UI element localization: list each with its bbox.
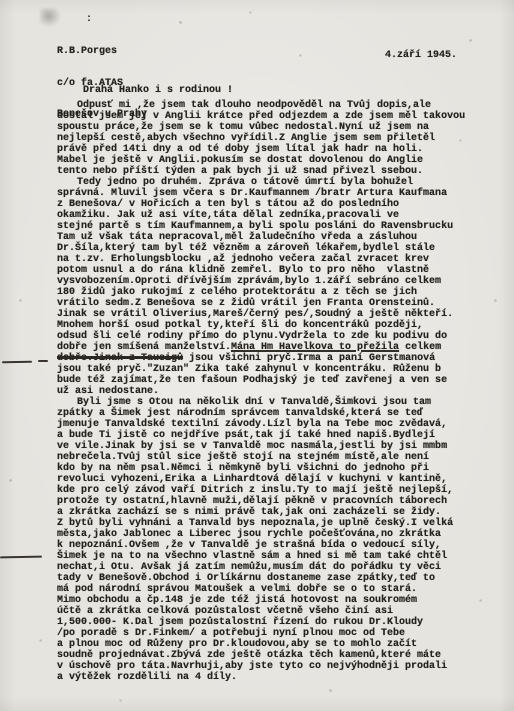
letter-line: tento nebo příští týden a pak bych ji už…: [57, 166, 507, 177]
letter-line: bude též zajímat,že ten fašoun Podhajský…: [57, 375, 507, 386]
letter-line: a zkrátka zachází se s nimi právě tak,ja…: [57, 507, 507, 518]
letter-line: Mabel je ještě v Anglii.pokusím se dosta…: [57, 155, 507, 166]
margin-pen-dash: [2, 361, 32, 364]
letter-line: a plnou moc od Růženy pro Dr.kloudovou,a…: [57, 639, 507, 650]
letter-line: vysvobozením.Oproti dřívějším zprávám,by…: [57, 276, 507, 287]
salutation: Drahá Hanko i s rodinou !: [83, 85, 233, 96]
letter-line: Šimek je na to na všechno vlastně sám a …: [57, 551, 507, 562]
letter-line: města,jako Jablonec a Liberec jsou rychl…: [57, 529, 507, 540]
letter-line: odsud šli celé rodiny přímo do plynu.Vyd…: [57, 331, 507, 342]
letter-line: nechat,i Otu. Avšak já zatím nemůžu,musí…: [57, 562, 507, 573]
letter-line: správná. Mluvil jsem včera s Dr.Kaufmann…: [57, 188, 507, 199]
letter-line: jsou také pryč."Zuzan" Zika také zahynul…: [57, 364, 507, 375]
letter-line: jmenuje Tanvaldské textilní závody.Lízl …: [57, 419, 507, 430]
letter-body: Odpusť mi ,že jsem tak dlouho neodpovědě…: [57, 100, 507, 683]
letter-line: 1,500.000- K.Dal jsem pozůstalostní říze…: [57, 617, 507, 628]
letter-line: má pod národní správou Matoušek a velmi …: [57, 584, 507, 595]
letter-line: dostal jsem jej v Anglii krátce před odj…: [57, 111, 507, 122]
letter-line: dobře.Jinak z Tausigů jsou všichni pryč.…: [57, 353, 507, 364]
letter-line: účtě a zkrátka celková pozůstalost včetn…: [57, 606, 507, 617]
letter-line: revoluci vyhozeni,Erika a Linhardtová dě…: [57, 474, 507, 485]
scan-smudge-artifact: [40, 8, 62, 28]
pen-underline-text: Mána Hm Havelkova to přežila: [231, 342, 399, 353]
letter-line: Mimo obchodu a čp.148 je zde též jistá h…: [57, 595, 507, 606]
letter-line: k nepoznání.Ovšem ,že v Tanvaldě je stra…: [57, 540, 507, 551]
letter-line: Mnohem horší osud potkal ty,kteří šli do…: [57, 320, 507, 331]
letter-line: z Benešova/ v Hořicích a ten byl s tátou…: [57, 199, 507, 210]
letter-line: nebrečela.Tvůj stůl sice ještě stojí na …: [57, 452, 507, 463]
letter-line: Tedy jedno po druhém. Zpráva o tátově úm…: [57, 177, 507, 188]
margin-pen-dash: [38, 360, 48, 362]
margin-pen-dash: [0, 556, 42, 559]
text-segment: celkem: [399, 342, 441, 353]
letter-line: a bude Ti jistě co nejdříve psát,tak jí …: [57, 430, 507, 441]
letter-line: na t.zv. Erholungsblocku ,až jednoho več…: [57, 254, 507, 265]
scan-speckles: [0, 0, 1, 1]
letter-line: kde pro celý závod vaří Ditrich z inslu.…: [57, 485, 507, 496]
letter-line: v úschově pro táta.Navrhuji,aby jste tyt…: [57, 661, 507, 672]
letter-line: Jinak se vrátil Oliverius,Mareš/černý pe…: [57, 309, 507, 320]
letter-line: 180 židů jako rukojmí z celého protektor…: [57, 287, 507, 298]
stray-colon-artifact: :: [86, 14, 92, 25]
letter-line: soudně projednávat.Zbývá zde ještě otázk…: [57, 650, 507, 661]
letter-line: Z bytů byli vyhnáni a Tanvald bys nepozn…: [57, 518, 507, 529]
letter-line: kdo by na něm psal.Němci i němkyně byli …: [57, 463, 507, 474]
letter-line: potom usnul a do rána klidně zemřel. Byl…: [57, 265, 507, 276]
letter-line: stejné partě s tím Kaufmannem,a byli spo…: [57, 221, 507, 232]
letter-line: Odpusť mi ,že jsem tak dlouho neodpovědě…: [57, 100, 507, 111]
letter-line: zpátky a Šimek jest národním správcem ta…: [57, 408, 507, 419]
letter-line: Tam už však táta nepracoval,měl žaludečn…: [57, 232, 507, 243]
letter-line: spoustu práce,že jsem se k tomu vůbec ne…: [57, 122, 507, 133]
sender-name: R.B.Porges: [57, 47, 147, 58]
letter-line: už asi nedostane.: [57, 386, 507, 397]
letter-line: dobře jen smíšená manželství.Mána Hm Hav…: [57, 342, 507, 353]
letter-scan-page: : R.B.Porges c/o fa.ATAS Benešov u Prahy…: [0, 0, 514, 711]
letter-line: Byli jsme s Otou na několik dní v Tanval…: [57, 397, 507, 408]
text-segment: jsou všichni pryč.Irma a paní Gerstmanov…: [183, 353, 435, 364]
letter-line: /po poradě s Dr.Finkem/ a potřebuji nyní…: [57, 628, 507, 639]
letter-line: tady v Benešově.Obchod i Orlíkárnu dosta…: [57, 573, 507, 584]
letter-line: nejlepší cestě,abych všechno vyřídil.Z A…: [57, 133, 507, 144]
pen-strike-text: dobře.Jinak z Tausigů: [57, 353, 183, 364]
letter-line: ve vile.Jinak by jsi se v Tanvaldě moc n…: [57, 441, 507, 452]
text-segment: dobře jen smíšená manželství.: [57, 342, 231, 353]
letter-line: Dr.Šíla,který tam byl též vězněm a zárov…: [57, 243, 507, 254]
letter-line: okamžiku. Jak už asi víte,táta dělal zed…: [57, 210, 507, 221]
letter-line: protože ty ostatní,hlavně muži,dělají pě…: [57, 496, 507, 507]
letter-line: vrátilo sedm.Z Benešova se z židů vrátil…: [57, 298, 507, 309]
letter-line: a výtěžek rozdělili na 4 díly.: [57, 672, 507, 683]
letter-date: 4.září 1945.: [385, 50, 457, 61]
letter-line: právě před 14ti dny a od té doby jsem lí…: [57, 144, 507, 155]
